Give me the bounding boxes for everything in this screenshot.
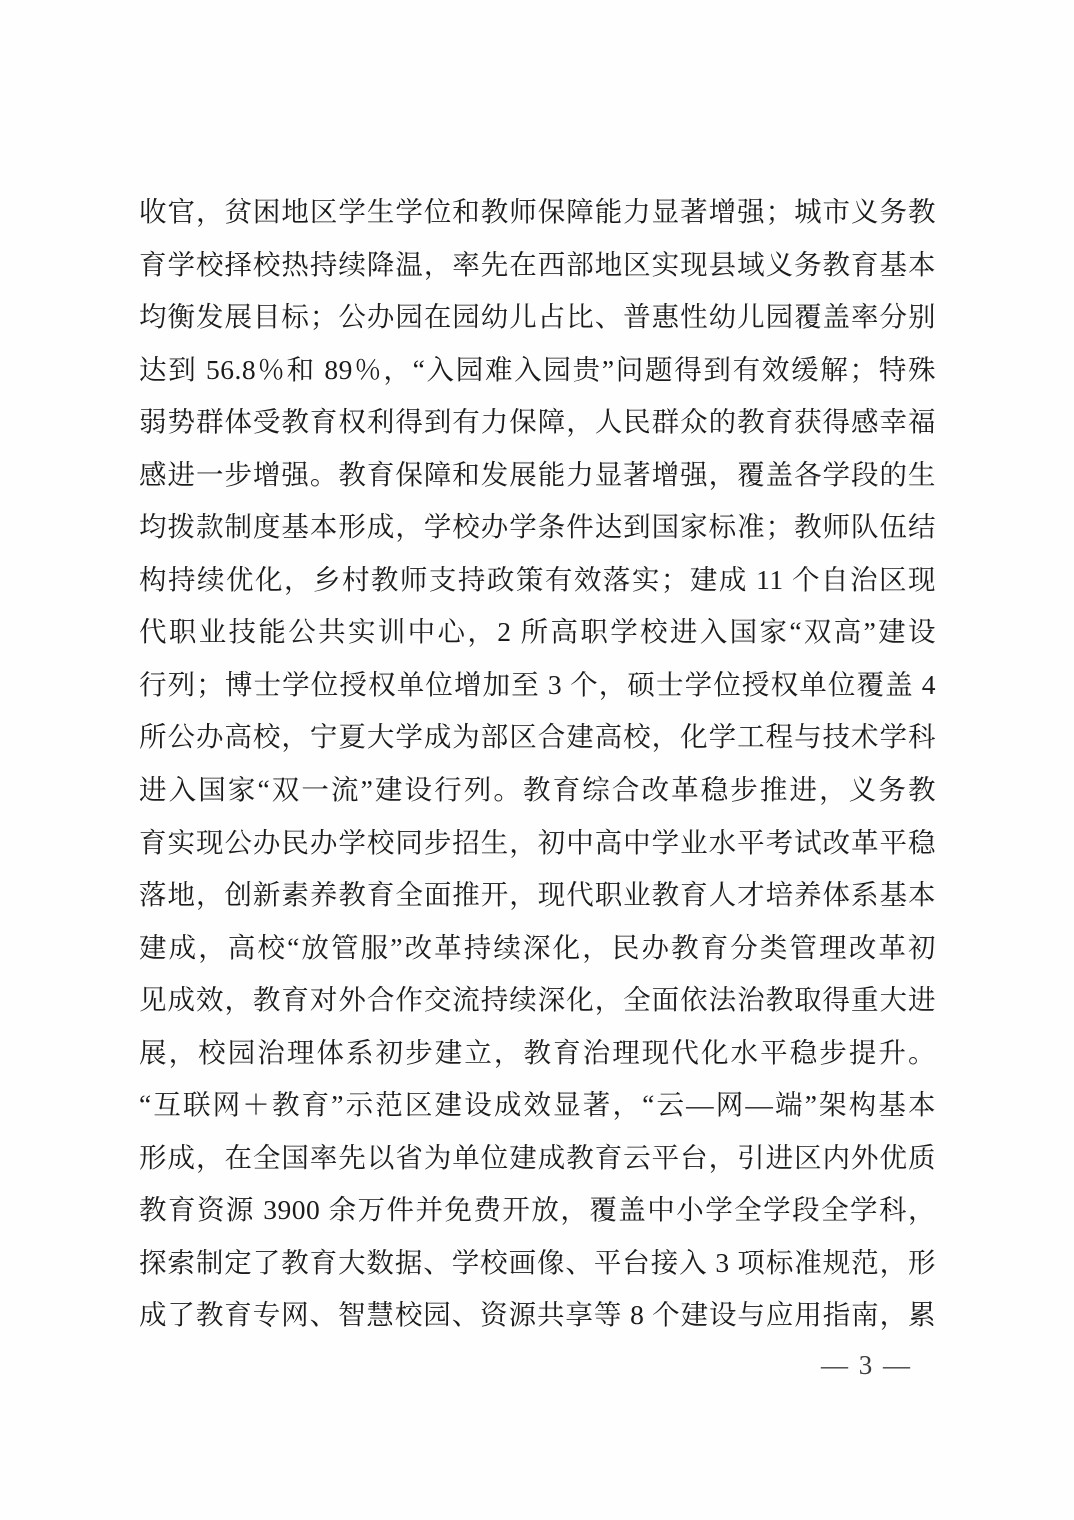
text-line: 弱势群体受教育权利得到有力保障，人民群众的教育获得感幸福 [139, 396, 936, 449]
text-line: 教育资源 3900 余万件并免费开放，覆盖中小学全学段全学科， [139, 1184, 936, 1237]
page-number: — 3 — [821, 1350, 912, 1381]
text-line: 育实现公办民办学校同步招生，初中高中学业水平考试改革平稳 [139, 817, 936, 870]
text-line: 代职业技能公共实训中心，2 所高职学校进入国家“双高”建设 [139, 606, 936, 659]
text-line: 探索制定了教育大数据、学校画像、平台接入 3 项标准规范，形 [139, 1237, 936, 1290]
text-line: 落地，创新素养教育全面推开，现代职业教育人才培养体系基本 [139, 869, 936, 922]
text-line: 展，校园治理体系初步建立，教育治理现代化水平稳步提升。 [139, 1027, 936, 1080]
text-line: 所公办高校，宁夏大学成为部区合建高校，化学工程与技术学科 [139, 711, 936, 764]
text-line: 感进一步增强。教育保障和发展能力显著增强，覆盖各学段的生 [139, 449, 936, 502]
text-line: 行列；博士学位授权单位增加至 3 个，硕士学位授权单位覆盖 4 [139, 659, 936, 712]
text-line: 形成，在全国率先以省为单位建成教育云平台，引进区内外优质 [139, 1132, 936, 1185]
text-line: 成了教育专网、智慧校园、资源共享等 8 个建设与应用指南，累 [139, 1289, 936, 1342]
text-line: “互联网＋教育”示范区建设成效显著，“云—网—端”架构基本 [139, 1079, 936, 1132]
text-line: 育学校择校热持续降温，率先在西部地区实现县域义务教育基本 [139, 239, 936, 292]
document-page: 收官，贫困地区学生学位和教师保障能力显著增强；城市义务教育学校择校热持续降温，率… [0, 0, 1074, 1520]
text-line: 见成效，教育对外合作交流持续深化，全面依法治教取得重大进 [139, 974, 936, 1027]
text-line: 进入国家“双一流”建设行列。教育综合改革稳步推进，义务教 [139, 764, 936, 817]
body-text: 收官，贫困地区学生学位和教师保障能力显著增强；城市义务教育学校择校热持续降温，率… [139, 186, 936, 1342]
text-line: 均拨款制度基本形成，学校办学条件达到国家标准；教师队伍结 [139, 501, 936, 554]
text-line: 均衡发展目标；公办园在园幼儿占比、普惠性幼儿园覆盖率分别 [139, 291, 936, 344]
text-line: 达到 56.8％和 89％，“入园难入园贵”问题得到有效缓解；特殊 [139, 344, 936, 397]
text-line: 收官，贫困地区学生学位和教师保障能力显著增强；城市义务教 [139, 186, 936, 239]
text-line: 建成，高校“放管服”改革持续深化，民办教育分类管理改革初 [139, 922, 936, 975]
text-line: 构持续优化，乡村教师支持政策有效落实；建成 11 个自治区现 [139, 554, 936, 607]
